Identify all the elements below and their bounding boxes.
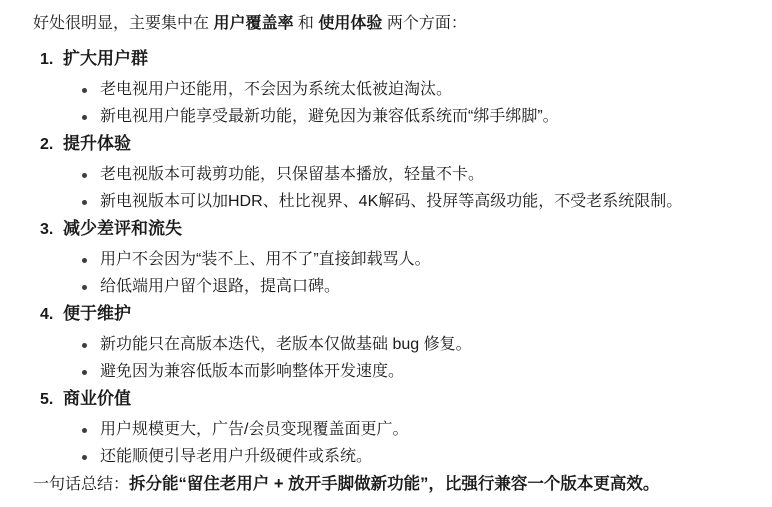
- bullet-icon: [82, 343, 87, 348]
- summary-prefix: 一句话总结：: [33, 476, 129, 493]
- section-improve-experience: 2. 提升体验 老电视版本可裁剪功能，只保留基本播放，轻量不卡。 新电视版本可以…: [33, 133, 752, 213]
- section-number: 2.: [40, 134, 63, 156]
- bullet-icon: [82, 200, 87, 205]
- section-title: 减少差评和流失: [63, 218, 182, 240]
- bullet-text: 给低端用户留个退路，提高口碑。: [100, 276, 752, 298]
- bullet-text: 老电视版本可裁剪功能，只保留基本播放，轻量不卡。: [100, 164, 752, 186]
- list-item: 老电视用户还能用，不会因为系统太低被迫淘汰。: [33, 79, 752, 101]
- bullet-text: 避免因为兼容低版本而影响整体开发速度。: [100, 361, 752, 383]
- bullet-icon: [82, 428, 87, 433]
- bullet-icon: [82, 370, 87, 375]
- list-item: 避免因为兼容低版本而影响整体开发速度。: [33, 361, 752, 383]
- document-body: 好处很明显，主要集中在 用户覆盖率 和 使用体验 两个方面： 1. 扩大用户群 …: [33, 13, 752, 496]
- section-expand-userbase: 1. 扩大用户群 老电视用户还能用，不会因为系统太低被迫淘汰。 新电视用户能享受…: [33, 48, 752, 128]
- summary-paragraph: 一句话总结：拆分能“留住老用户 + 放开手脚做新功能”，比强行兼容一个版本更高效…: [33, 473, 752, 496]
- bullet-icon: [82, 173, 87, 178]
- list-item: 还能顺便引导老用户升级硬件或系统。: [33, 446, 752, 468]
- list-item: 新功能只在高版本迭代，老版本仅做基础 bug 修复。: [33, 334, 752, 356]
- bullet-text: 新电视用户能享受最新功能，避免因为兼容低系统而“绑手绑脚”。: [100, 106, 752, 128]
- section-business-value: 5. 商业价值 用户规模更大，广告/会员变现覆盖面更广。 还能顺便引导老用户升级…: [33, 388, 752, 468]
- bullet-text: 新电视版本可以加HDR、杜比视界、4K解码、投屏等高级功能，不受老系统限制。: [100, 191, 752, 213]
- list-item: 用户规模更大，广告/会员变现覆盖面更广。: [33, 419, 752, 441]
- intro-prefix: 好处很明显，主要集中在: [33, 15, 213, 32]
- section-title: 扩大用户群: [63, 48, 148, 70]
- bullet-icon: [82, 88, 87, 93]
- section-title: 便于维护: [63, 303, 131, 325]
- list-item: 老电视版本可裁剪功能，只保留基本播放，轻量不卡。: [33, 164, 752, 186]
- list-item: 用户不会因为“装不上、用不了”直接卸载骂人。: [33, 249, 752, 271]
- bullet-text: 老电视用户还能用，不会因为系统太低被迫淘汰。: [100, 79, 752, 101]
- section-reduce-churn: 3. 减少差评和流失 用户不会因为“装不上、用不了”直接卸载骂人。 给低端用户留…: [33, 218, 752, 298]
- intro-bold-term-experience: 使用体验: [318, 15, 382, 32]
- list-item: 新电视版本可以加HDR、杜比视界、4K解码、投屏等高级功能，不受老系统限制。: [33, 191, 752, 213]
- section-heading: 5. 商业价值: [40, 388, 752, 411]
- section-heading: 3. 减少差评和流失: [40, 218, 752, 241]
- intro-bold-term-coverage: 用户覆盖率: [213, 15, 293, 32]
- bullet-text: 还能顺便引导老用户升级硬件或系统。: [100, 446, 752, 468]
- summary-bold-text: 拆分能“留住老用户 + 放开手脚做新功能”，比强行兼容一个版本更高效。: [129, 475, 659, 493]
- section-number: 3.: [40, 219, 63, 241]
- bullet-text: 新功能只在高版本迭代，老版本仅做基础 bug 修复。: [100, 334, 752, 356]
- bullet-icon: [82, 455, 87, 460]
- list-item: 新电视用户能享受最新功能，避免因为兼容低系统而“绑手绑脚”。: [33, 106, 752, 128]
- section-easy-maintenance: 4. 便于维护 新功能只在高版本迭代，老版本仅做基础 bug 修复。 避免因为兼…: [33, 303, 752, 383]
- bullet-text: 用户不会因为“装不上、用不了”直接卸载骂人。: [100, 249, 752, 271]
- section-heading: 2. 提升体验: [40, 133, 752, 156]
- section-heading: 1. 扩大用户群: [40, 48, 752, 71]
- section-title: 提升体验: [63, 133, 131, 155]
- bullet-icon: [82, 285, 87, 290]
- section-heading: 4. 便于维护: [40, 303, 752, 326]
- bullet-icon: [82, 115, 87, 120]
- list-item: 给低端用户留个退路，提高口碑。: [33, 276, 752, 298]
- section-number: 4.: [40, 304, 63, 326]
- section-title: 商业价值: [63, 388, 131, 410]
- intro-paragraph: 好处很明显，主要集中在 用户覆盖率 和 使用体验 两个方面：: [33, 13, 752, 35]
- intro-suffix: 两个方面：: [382, 15, 466, 32]
- intro-middle: 和: [293, 15, 318, 32]
- bullet-icon: [82, 258, 87, 263]
- section-number: 1.: [40, 49, 63, 71]
- section-number: 5.: [40, 389, 63, 411]
- bullet-text: 用户规模更大，广告/会员变现覆盖面更广。: [100, 419, 752, 441]
